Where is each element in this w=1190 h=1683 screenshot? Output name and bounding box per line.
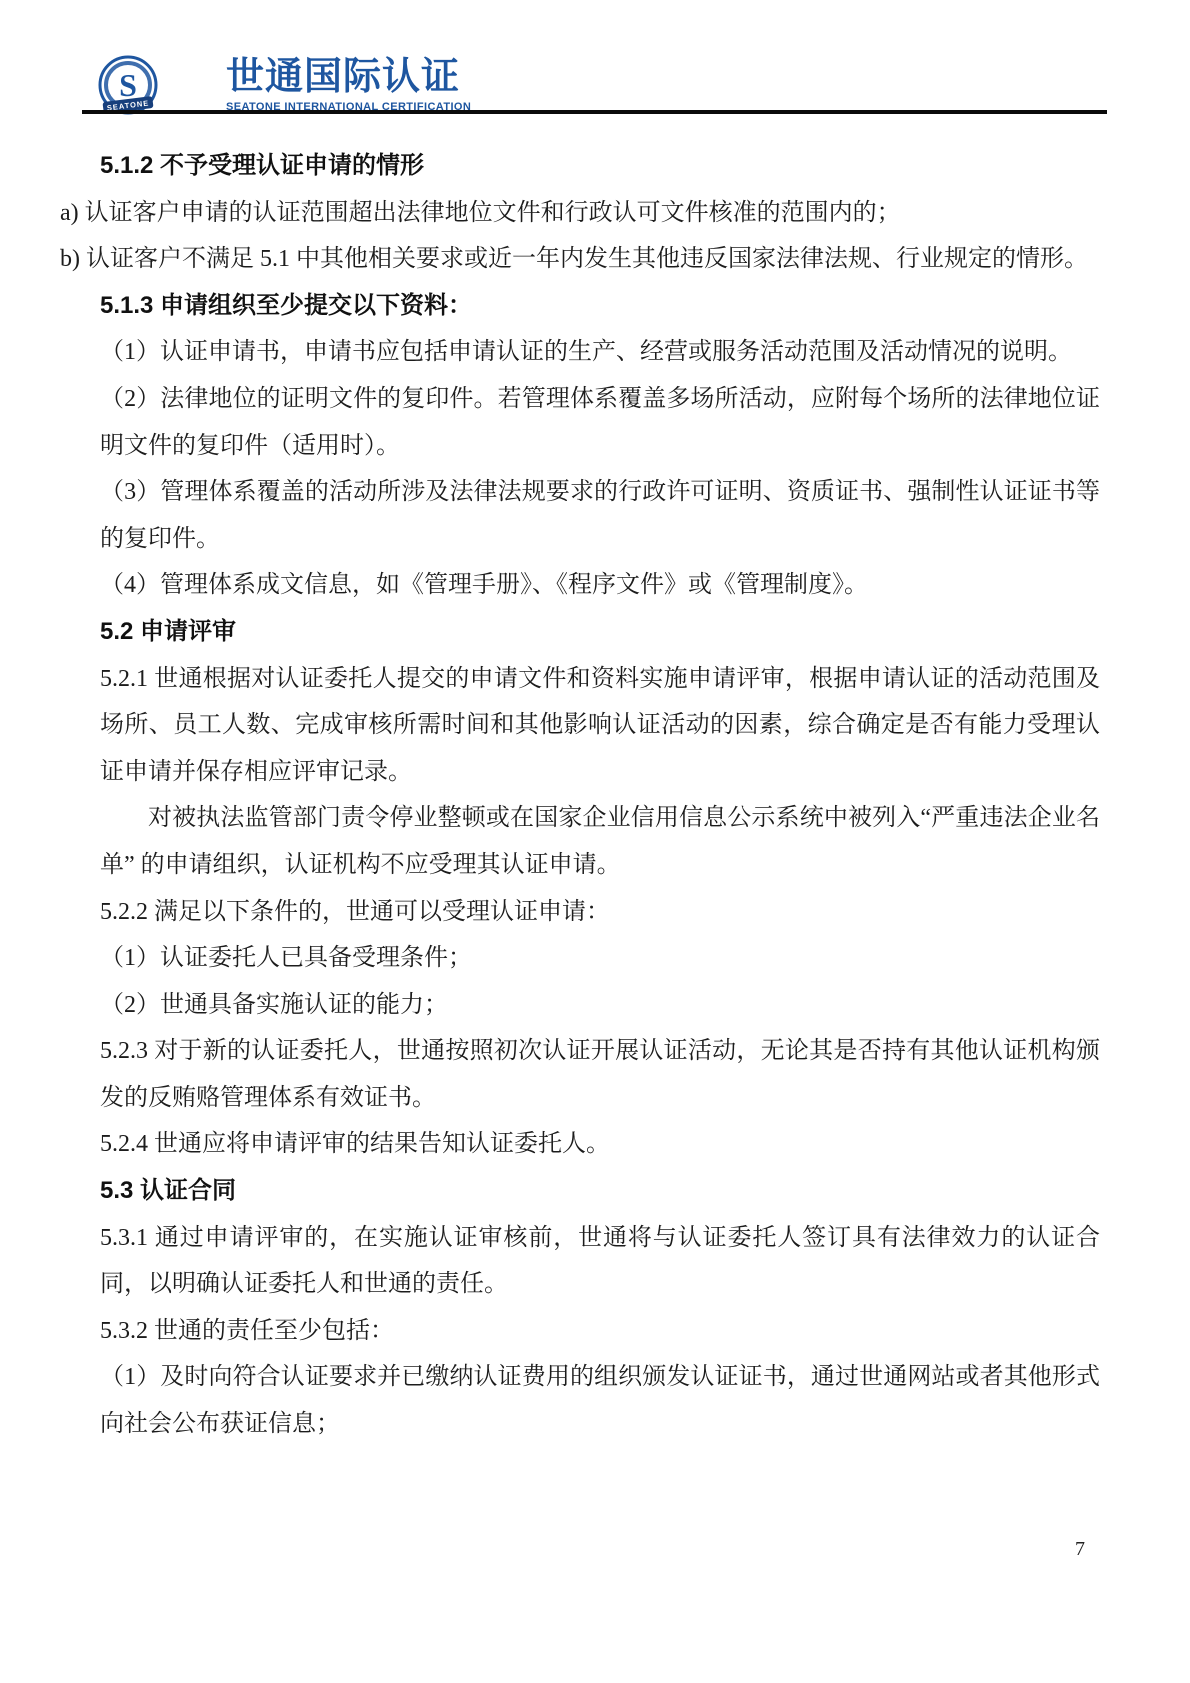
svg-text:S: S xyxy=(119,67,137,103)
document-paragraph: b) 认证客户不满足 5.1 中其他相关要求或近一年内发生其他违反国家法律法规、… xyxy=(100,236,1100,283)
document-paragraph: 5.2.2 满足以下条件的，世通可以受理认证申请： xyxy=(100,889,1100,936)
logo-text-block: 世通国际认证 SEATONE INTERNATIONAL CERTIFICATI… xyxy=(226,56,471,113)
document-paragraph: （1）认证委托人已具备受理条件； xyxy=(100,935,1100,982)
document-paragraph: 5.2.3 对于新的认证委托人，世通按照初次认证开展认证活动，无论其是否持有其他… xyxy=(100,1028,1100,1121)
section-heading: 5.3 认证合同 xyxy=(100,1168,1100,1215)
document-paragraph: （4）管理体系成文信息，如《管理手册》、《程序文件》或《管理制度》。 xyxy=(100,562,1100,609)
document-paragraph: 5.3.1 通过申请评审的，在实施认证审核前，世通将与认证委托人签订具有法律效力… xyxy=(100,1215,1100,1308)
document-page: S SEATONE 世通国际认证 SEATONE INTERNATIONAL C… xyxy=(0,0,1190,1683)
page-number: 7 xyxy=(1075,1538,1085,1561)
document-paragraph: （1）及时向符合认证要求并已缴纳认证费用的组织颁发认证证书，通过世通网站或者其他… xyxy=(100,1354,1100,1447)
document-paragraph: 5.2.4 世通应将申请评审的结果告知认证委托人。 xyxy=(100,1121,1100,1168)
document-paragraph: （2）世通具备实施认证的能力； xyxy=(100,982,1100,1029)
document-body: 5.1.2 不予受理认证申请的情形a) 认证客户申请的认证范围超出法律地位文件和… xyxy=(100,143,1100,1448)
header-divider xyxy=(82,110,1107,114)
document-paragraph: （2）法律地位的证明文件的复印件。若管理体系覆盖多场所活动，应附每个场所的法律地… xyxy=(100,376,1100,469)
document-paragraph: 对被执法监管部门责令停业整顿或在国家企业信用信息公示系统中被列入“严重违法企业名… xyxy=(100,795,1100,888)
document-paragraph: （1）认证申请书，申请书应包括申请认证的生产、经营或服务活动范围及活动情况的说明… xyxy=(100,329,1100,376)
section-heading: 5.1.2 不予受理认证申请的情形 xyxy=(100,143,1100,190)
brand-name-chinese: 世通国际认证 xyxy=(226,56,471,98)
document-paragraph: a) 认证客户申请的认证范围超出法律地位文件和行政认可文件核准的范围内的； xyxy=(100,190,1100,237)
page-header: S SEATONE 世通国际认证 SEATONE INTERNATIONAL C… xyxy=(0,0,1190,120)
document-paragraph: （3）管理体系覆盖的活动所涉及法律法规要求的行政许可证明、资质证书、强制性认证证… xyxy=(100,469,1100,562)
section-heading: 5.2 申请评审 xyxy=(100,609,1100,656)
document-paragraph: 5.2.1 世通根据对认证委托人提交的申请文件和资料实施申请评审，根据申请认证的… xyxy=(100,656,1100,796)
section-heading: 5.1.3 申请组织至少提交以下资料： xyxy=(100,283,1100,330)
document-paragraph: 5.3.2 世通的责任至少包括： xyxy=(100,1308,1100,1355)
seatone-logo-icon: S SEATONE xyxy=(96,54,160,118)
